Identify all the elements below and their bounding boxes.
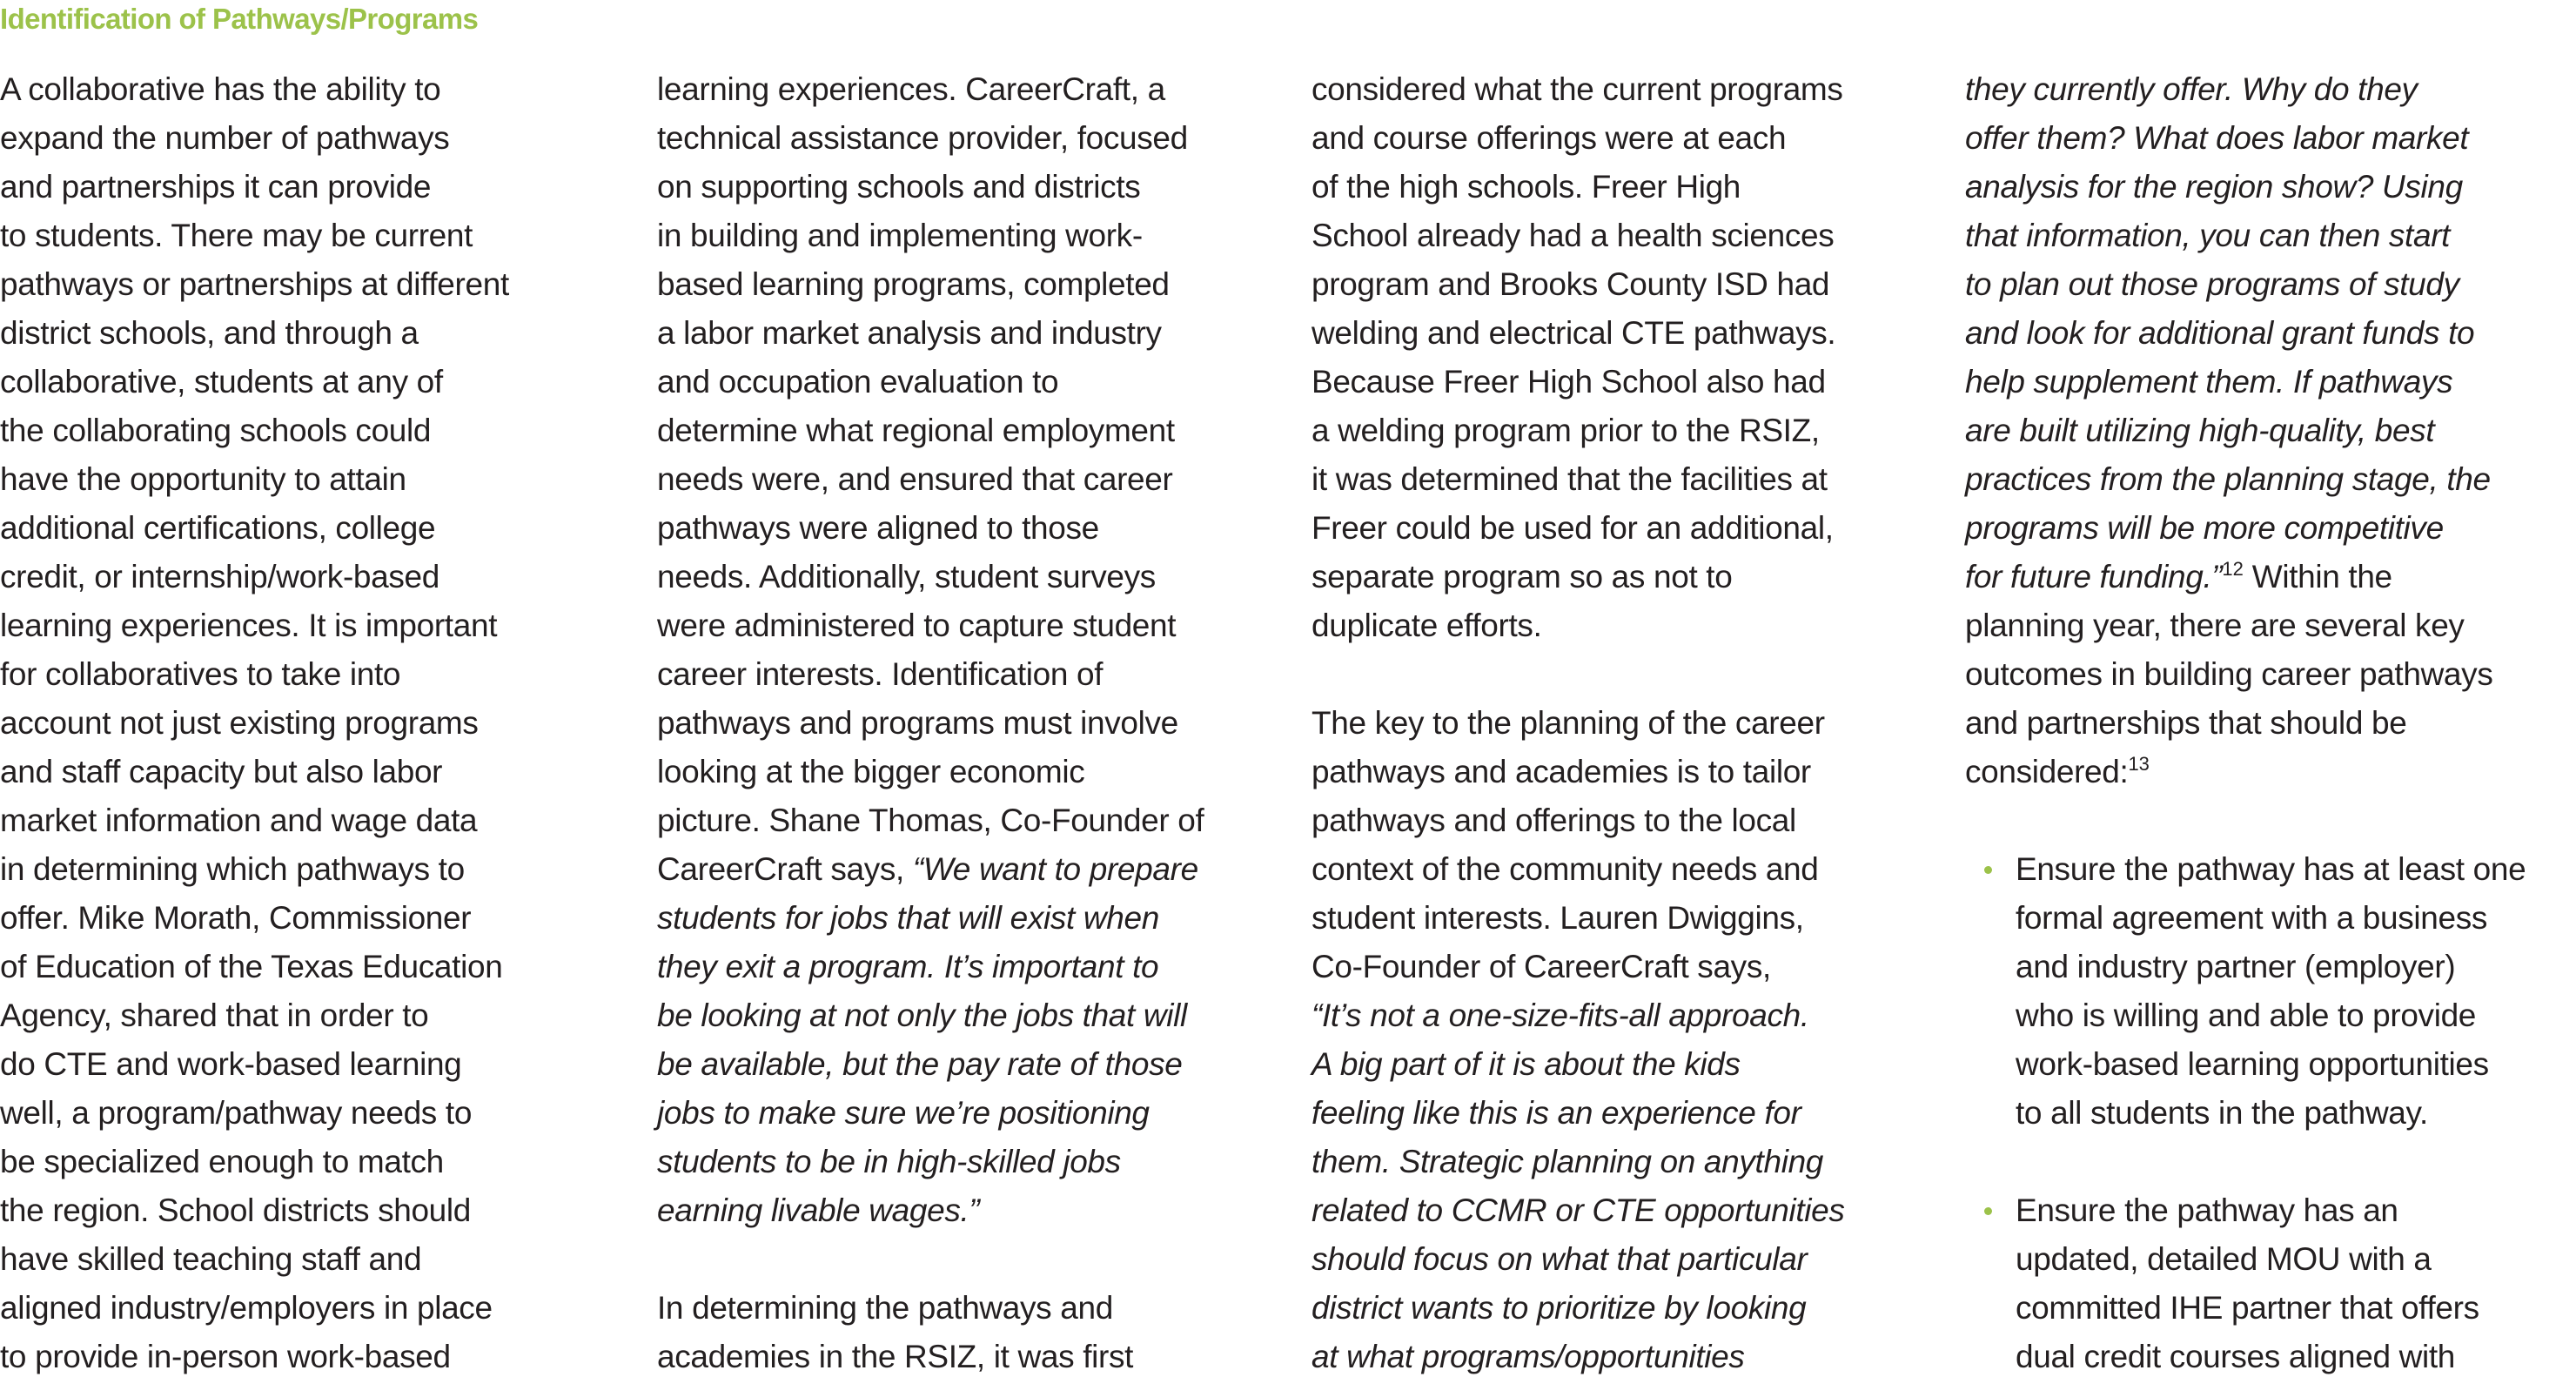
quote-text: feeling like this is an experience for <box>1311 1095 1801 1131</box>
body-text: student interests. Lauren Dwiggins, <box>1311 900 1804 936</box>
text-line: offer them? What does labor market <box>1965 114 2576 163</box>
text-line: learning experiences. It is important <box>0 601 627 650</box>
text-line: updated, detailed MOU with a <box>1965 1235 2576 1284</box>
quote-text: that information, you can then start <box>1965 218 2450 253</box>
body-text: learning experiences. CareerCraft, a <box>657 71 1165 107</box>
body-text: to provide in-person work-based <box>0 1339 451 1374</box>
body-text: to all students in the pathway. <box>2016 1095 2428 1131</box>
body-text: separate program so as not to <box>1311 559 1732 594</box>
paragraph-spacer <box>1311 650 1938 699</box>
text-line: learning experiences. CareerCraft, a <box>657 65 1284 114</box>
text-line: them. Strategic planning on anything <box>1311 1138 1938 1186</box>
body-text: and partnerships it can provide <box>0 169 431 205</box>
text-line: A big part of it is about the kids <box>1311 1040 1938 1089</box>
body-text: Because Freer High School also had <box>1311 364 1826 400</box>
text-line: pathways and programs must involve <box>657 699 1284 748</box>
text-line: district schools, and through a <box>0 309 627 358</box>
text-line: In determining the pathways and <box>657 1284 1284 1333</box>
bullet-dot-icon <box>1984 1207 1992 1215</box>
text-column-2: learning experiences. CareerCraft, atech… <box>657 65 1284 1377</box>
body-text: A collaborative has the ability to <box>0 71 440 107</box>
text-line: determine what regional employment <box>657 406 1284 455</box>
text-line: the collaborating schools could <box>0 406 627 455</box>
quote-text: they currently offer. Why do they <box>1965 71 2418 107</box>
quote-text: for future funding.” <box>1965 559 2222 594</box>
quote-text: “It’s not a one-size-fits-all approach. <box>1311 997 1809 1033</box>
text-line: “It’s not a one-size-fits-all approach. <box>1311 991 1938 1040</box>
text-line: at what programs/opportunities <box>1311 1333 1938 1377</box>
body-text: and occupation evaluation to <box>657 364 1058 400</box>
quote-text: students to be in high-skilled jobs <box>657 1144 1121 1179</box>
body-text: In determining the pathways and <box>657 1290 1113 1326</box>
text-line: a welding program prior to the RSIZ, <box>1311 406 1938 455</box>
quote-text: should focus on what that particular <box>1311 1241 1807 1277</box>
body-text: Co-Founder of CareerCraft says, <box>1311 949 1771 984</box>
body-text: in determining which pathways to <box>0 851 465 887</box>
body-text: district schools, and through a <box>0 315 419 351</box>
body-text: welding and electrical CTE pathways. <box>1311 315 1835 351</box>
body-text: on supporting schools and districts <box>657 169 1140 205</box>
text-line: duplicate efforts. <box>1311 601 1938 650</box>
text-line: pathways were aligned to those <box>657 504 1284 553</box>
body-text: CareerCraft says, <box>657 851 913 887</box>
text-line: pathways and academies is to tailor <box>1311 748 1938 796</box>
text-line: they currently offer. Why do they <box>1965 65 2576 114</box>
text-line: committed IHE partner that offers <box>1965 1284 2576 1333</box>
text-line: picture. Shane Thomas, Co-Founder of <box>657 796 1284 845</box>
section-heading: Identification of Pathways/Programs <box>0 2 478 37</box>
body-text: work-based learning opportunities <box>2016 1046 2489 1082</box>
text-line: A collaborative has the ability to <box>0 65 627 114</box>
bullet-item-line: Ensure the pathway has at least one <box>1965 845 2576 894</box>
body-text: have the opportunity to attain <box>0 461 406 497</box>
text-line: outcomes in building career pathways <box>1965 650 2576 699</box>
quote-text: them. Strategic planning on anything <box>1311 1144 1823 1179</box>
body-text: of Education of the Texas Education <box>0 949 502 984</box>
quote-text: “We want to prepare <box>913 851 1198 887</box>
body-text: a labor market analysis and industry <box>657 315 1162 351</box>
footnote-reference: 13 <box>2128 753 2149 775</box>
body-text: dual credit courses aligned with <box>2016 1339 2455 1374</box>
text-line: are built utilizing high-quality, best <box>1965 406 2576 455</box>
text-line: were administered to capture student <box>657 601 1284 650</box>
text-line: looking at the bigger economic <box>657 748 1284 796</box>
body-text: looking at the bigger economic <box>657 754 1084 789</box>
body-text: offer. Mike Morath, Commissioner <box>0 900 471 936</box>
body-text: context of the community needs and <box>1311 851 1819 887</box>
text-line: and look for additional grant funds to <box>1965 309 2576 358</box>
text-line: for collaboratives to take into <box>0 650 627 699</box>
body-text: School already had a health sciences <box>1311 218 1834 253</box>
body-text: formal agreement with a business <box>2016 900 2487 936</box>
body-text: account not just existing programs <box>0 705 479 741</box>
text-line: expand the number of pathways <box>0 114 627 163</box>
body-text: were administered to capture student <box>657 608 1176 643</box>
text-line: district wants to prioritize by looking <box>1311 1284 1938 1333</box>
text-line: The key to the planning of the career <box>1311 699 1938 748</box>
text-line: related to CCMR or CTE opportunities <box>1311 1186 1938 1235</box>
text-line: separate program so as not to <box>1311 553 1938 601</box>
body-text: Ensure the pathway has at least one <box>2016 851 2526 887</box>
text-column-3: considered what the current programsand … <box>1311 65 1938 1377</box>
text-line: be available, but the pay rate of those <box>657 1040 1284 1089</box>
bullet-item-line: Ensure the pathway has an <box>1965 1186 2576 1235</box>
text-line: to all students in the pathway. <box>1965 1089 2576 1138</box>
text-line: earning livable wages.” <box>657 1186 1284 1235</box>
quote-text: to plan out those programs of study <box>1965 266 2459 302</box>
quote-text: students for jobs that will exist when <box>657 900 1159 936</box>
quote-text: practices from the planning stage, the <box>1965 461 2491 497</box>
text-line: for future funding.”12 Within the <box>1965 553 2576 601</box>
text-line: Freer could be used for an additional, <box>1311 504 1938 553</box>
quote-text: offer them? What does labor market <box>1965 120 2468 156</box>
text-line: they exit a program. It’s important to <box>657 943 1284 991</box>
text-line: collaborative, students at any of <box>0 358 627 406</box>
body-text: credit, or internship/work-based <box>0 559 439 594</box>
body-text: and staff capacity but also labor <box>0 754 442 789</box>
text-line: of Education of the Texas Education <box>0 943 627 991</box>
text-line: should focus on what that particular <box>1311 1235 1938 1284</box>
text-line: jobs to make sure we’re positioning <box>657 1089 1284 1138</box>
text-line: offer. Mike Morath, Commissioner <box>0 894 627 943</box>
body-text: pathways were aligned to those <box>657 510 1099 546</box>
text-line: academies in the RSIZ, it was first <box>657 1333 1284 1377</box>
text-line: technical assistance provider, focused <box>657 114 1284 163</box>
text-line: program and Brooks County ISD had <box>1311 260 1938 309</box>
quote-text: help supplement them. If pathways <box>1965 364 2452 400</box>
text-line: a labor market analysis and industry <box>657 309 1284 358</box>
text-line: help supplement them. If pathways <box>1965 358 2576 406</box>
text-line: planning year, there are several key <box>1965 601 2576 650</box>
body-text: to students. There may be current <box>0 218 473 253</box>
text-line: to provide in-person work-based <box>0 1333 627 1377</box>
body-text: be specialized enough to match <box>0 1144 444 1179</box>
text-line: considered:13 <box>1965 748 2576 796</box>
body-text: outcomes in building career pathways <box>1965 656 2492 692</box>
quote-text: A big part of it is about the kids <box>1311 1046 1741 1082</box>
text-line: have the opportunity to attain <box>0 455 627 504</box>
text-line: Agency, shared that in order to <box>0 991 627 1040</box>
paragraph-spacer <box>1965 1138 2576 1186</box>
body-text: program and Brooks County ISD had <box>1311 266 1829 302</box>
text-line: have skilled teaching staff and <box>0 1235 627 1284</box>
text-line: be looking at not only the jobs that wil… <box>657 991 1284 1040</box>
bullet-dot-icon <box>1984 866 1992 874</box>
text-line: aligned industry/employers in place <box>0 1284 627 1333</box>
text-line: to plan out those programs of study <box>1965 260 2576 309</box>
body-text: considered: <box>1965 754 2128 789</box>
text-line: to students. There may be current <box>0 212 627 260</box>
text-line: students to be in high-skilled jobs <box>657 1138 1284 1186</box>
body-text: and industry partner (employer) <box>2016 949 2455 984</box>
text-line: and staff capacity but also labor <box>0 748 627 796</box>
body-text: collaborative, students at any of <box>0 364 443 400</box>
body-text: Freer could be used for an additional, <box>1311 510 1834 546</box>
body-text: duplicate efforts. <box>1311 608 1542 643</box>
text-line: credit, or internship/work-based <box>0 553 627 601</box>
text-line: on supporting schools and districts <box>657 163 1284 212</box>
text-line: students for jobs that will exist when <box>657 894 1284 943</box>
quote-text: they exit a program. It’s important to <box>657 949 1158 984</box>
text-line: pathways and offerings to the local <box>1311 796 1938 845</box>
text-line: Co-Founder of CareerCraft says, <box>1311 943 1938 991</box>
body-text: pathways and academies is to tailor <box>1311 754 1811 789</box>
quote-text: related to CCMR or CTE opportunities <box>1311 1192 1845 1228</box>
paragraph-spacer <box>1965 796 2576 845</box>
body-text: for collaboratives to take into <box>0 656 400 692</box>
quote-text: district wants to prioritize by looking <box>1311 1290 1806 1326</box>
body-text: have skilled teaching staff and <box>0 1241 421 1277</box>
body-text: and partnerships that should be <box>1965 705 2407 741</box>
body-text: planning year, there are several key <box>1965 608 2465 643</box>
text-line: programs will be more competitive <box>1965 504 2576 553</box>
text-line: and occupation evaluation to <box>657 358 1284 406</box>
quote-text: be looking at not only the jobs that wil… <box>657 997 1187 1033</box>
text-line: considered what the current programs <box>1311 65 1938 114</box>
body-text: it was determined that the facilities at <box>1311 461 1828 497</box>
text-line: context of the community needs and <box>1311 845 1938 894</box>
text-line: needs were, and ensured that career <box>657 455 1284 504</box>
text-column-4: they currently offer. Why do theyoffer t… <box>1965 65 2576 1377</box>
paragraph-spacer <box>657 1235 1284 1284</box>
text-line: and partnerships it can provide <box>0 163 627 212</box>
text-line: dual credit courses aligned with <box>1965 1333 2576 1377</box>
text-line: market information and wage data <box>0 796 627 845</box>
text-line: of the high schools. Freer High <box>1311 163 1938 212</box>
body-text: the collaborating schools could <box>0 413 431 448</box>
text-line: welding and electrical CTE pathways. <box>1311 309 1938 358</box>
body-text: considered what the current programs <box>1311 71 1843 107</box>
text-line: account not just existing programs <box>0 699 627 748</box>
text-line: who is willing and able to provide <box>1965 991 2576 1040</box>
body-text: a welding program prior to the RSIZ, <box>1311 413 1820 448</box>
text-line: and partnerships that should be <box>1965 699 2576 748</box>
body-text: Ensure the pathway has an <box>2016 1192 2398 1228</box>
text-line: practices from the planning stage, the <box>1965 455 2576 504</box>
text-line: work-based learning opportunities <box>1965 1040 2576 1089</box>
text-line: feeling like this is an experience for <box>1311 1089 1938 1138</box>
body-text: committed IHE partner that offers <box>2016 1290 2479 1326</box>
text-line: and course offerings were at each <box>1311 114 1938 163</box>
body-text: needs were, and ensured that career <box>657 461 1172 497</box>
text-line: career interests. Identification of <box>657 650 1284 699</box>
body-text: pathways and offerings to the local <box>1311 803 1796 838</box>
body-text: well, a program/pathway needs to <box>0 1095 472 1131</box>
body-text: Within the <box>2244 559 2392 594</box>
text-line: analysis for the region show? Using <box>1965 163 2576 212</box>
text-line: and industry partner (employer) <box>1965 943 2576 991</box>
text-line: in determining which pathways to <box>0 845 627 894</box>
text-line: in building and implementing work- <box>657 212 1284 260</box>
body-text: in building and implementing work- <box>657 218 1143 253</box>
text-line: that information, you can then start <box>1965 212 2576 260</box>
body-text: determine what regional employment <box>657 413 1175 448</box>
footnote-reference: 12 <box>2222 558 2243 580</box>
quote-text: be available, but the pay rate of those <box>657 1046 1182 1082</box>
body-text: additional certifications, college <box>0 510 435 546</box>
text-line: it was determined that the facilities at <box>1311 455 1938 504</box>
body-text: based learning programs, completed <box>657 266 1170 302</box>
text-line: Because Freer High School also had <box>1311 358 1938 406</box>
text-column-1: A collaborative has the ability toexpand… <box>0 65 627 1377</box>
body-text: updated, detailed MOU with a <box>2016 1241 2432 1277</box>
body-text: the region. School districts should <box>0 1192 471 1228</box>
quote-text: earning livable wages.” <box>657 1192 979 1228</box>
text-line: additional certifications, college <box>0 504 627 553</box>
body-text: market information and wage data <box>0 803 477 838</box>
quote-text: jobs to make sure we’re positioning <box>657 1095 1150 1131</box>
text-line: student interests. Lauren Dwiggins, <box>1311 894 1938 943</box>
body-text: who is willing and able to provide <box>2016 997 2476 1033</box>
body-text: and course offerings were at each <box>1311 120 1786 156</box>
text-line: well, a program/pathway needs to <box>0 1089 627 1138</box>
text-line: needs. Additionally, student surveys <box>657 553 1284 601</box>
quote-text: are built utilizing high-quality, best <box>1965 413 2434 448</box>
text-line: do CTE and work-based learning <box>0 1040 627 1089</box>
body-text: career interests. Identification of <box>657 656 1103 692</box>
body-text: expand the number of pathways <box>0 120 449 156</box>
text-line: based learning programs, completed <box>657 260 1284 309</box>
body-text: aligned industry/employers in place <box>0 1290 493 1326</box>
body-text: The key to the planning of the career <box>1311 705 1825 741</box>
body-text: technical assistance provider, focused <box>657 120 1188 156</box>
text-line: School already had a health sciences <box>1311 212 1938 260</box>
text-line: the region. School districts should <box>0 1186 627 1235</box>
text-line: CareerCraft says, “We want to prepare <box>657 845 1284 894</box>
quote-text: at what programs/opportunities <box>1311 1339 1745 1374</box>
body-text: learning experiences. It is important <box>0 608 497 643</box>
body-text: pathways and programs must involve <box>657 705 1178 741</box>
quote-text: and look for additional grant funds to <box>1965 315 2474 351</box>
body-text: do CTE and work-based learning <box>0 1046 461 1082</box>
text-line: pathways or partnerships at different <box>0 260 627 309</box>
quote-text: programs will be more competitive <box>1965 510 2444 546</box>
text-line: formal agreement with a business <box>1965 894 2576 943</box>
body-text: academies in the RSIZ, it was first <box>657 1339 1133 1374</box>
quote-text: analysis for the region show? Using <box>1965 169 2463 205</box>
body-text: Agency, shared that in order to <box>0 997 428 1033</box>
body-text: needs. Additionally, student surveys <box>657 559 1156 594</box>
body-text: pathways or partnerships at different <box>0 266 509 302</box>
text-line: be specialized enough to match <box>0 1138 627 1186</box>
body-text: of the high schools. Freer High <box>1311 169 1741 205</box>
body-text: picture. Shane Thomas, Co-Founder of <box>657 803 1204 838</box>
